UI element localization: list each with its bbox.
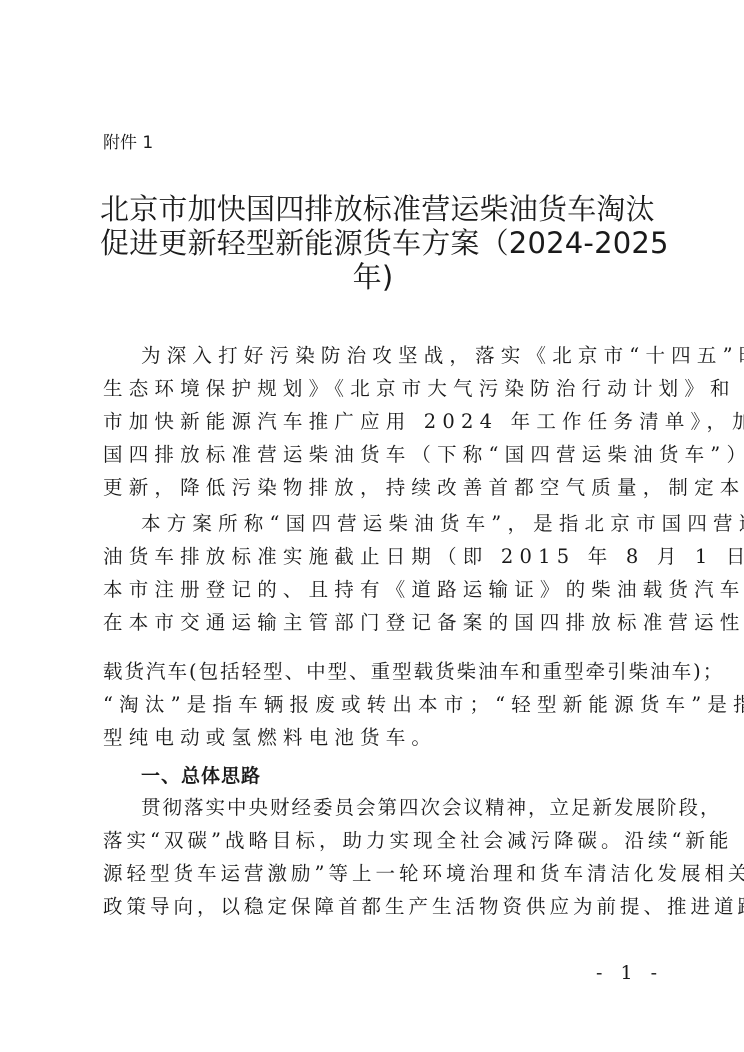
document-title: 北京市加快国四排放标准营运柴油货车淘汰 促进更新轻型新能源货车方案（2024-2… — [100, 192, 646, 294]
text-line: 落实“双碳”战略目标，助力实现全社会减污降碳。沿续“新能 — [103, 825, 651, 857]
text-line: 市加快新能源汽车推广应用 2024 年工作任务清单》，加快推进 — [103, 406, 651, 438]
text-line: 国四排放标准营运柴油货车（下称“国四营运柴油货车”）淘汰 — [103, 439, 651, 471]
text-line: 型纯电动或氢燃料电池货车。 — [103, 722, 651, 754]
text-line: 源轻型货车运营激励”等上一轮环境治理和货车清洁化发展相关 — [103, 858, 651, 890]
page-number: - 1 - — [596, 962, 663, 984]
text-line: 本方案所称“国四营运柴油货车”，是指北京市国四营运柴 — [141, 508, 651, 540]
title-line: 促进更新轻型新能源货车方案（2024-2025 — [100, 226, 646, 260]
text-line: 为深入打好污染防治攻坚战，落实《北京市“十四五”时期 — [141, 340, 651, 372]
text-line: 更新，降低污染物排放，持续改善首都空气质量，制定本方案。 — [103, 472, 651, 504]
text-line: 在本市交通运输主管部门登记备案的国四排放标准营运性柴油 — [103, 607, 651, 639]
text-line: “淘汰”是指车辆报废或转出本市；“轻型新能源货车”是指轻 — [103, 689, 651, 721]
attachment-label: 附件 1 — [103, 128, 153, 153]
text-line: 本市注册登记的、且持有《道路运输证》的柴油载货汽车，以及 — [103, 574, 651, 606]
document-page: 附件 1 北京市加快国四排放标准营运柴油货车淘汰 促进更新轻型新能源货车方案（2… — [0, 0, 744, 1052]
text-line: 贯彻落实中央财经委员会第四次会议精神，立足新发展阶段， — [141, 792, 651, 824]
title-line: 年) — [100, 260, 646, 294]
text-line: 政策导向，以稳定保障首都生产生活物资供应为前提、推进道路 — [103, 891, 651, 923]
text-line: 油货车排放标准实施截止日期（即 2015 年 8 月 1 日）之前，在 — [103, 541, 651, 573]
text-line: 生态环境保护规划》《北京市大气污染防治行动计划》和《北京 — [103, 373, 651, 405]
title-line: 北京市加快国四排放标准营运柴油货车淘汰 — [100, 192, 646, 226]
section-heading: 一、总体思路 — [141, 760, 261, 792]
text-line: 载货汽车(包括轻型、中型、重型载货柴油车和重型牵引柴油车)； — [103, 656, 651, 688]
